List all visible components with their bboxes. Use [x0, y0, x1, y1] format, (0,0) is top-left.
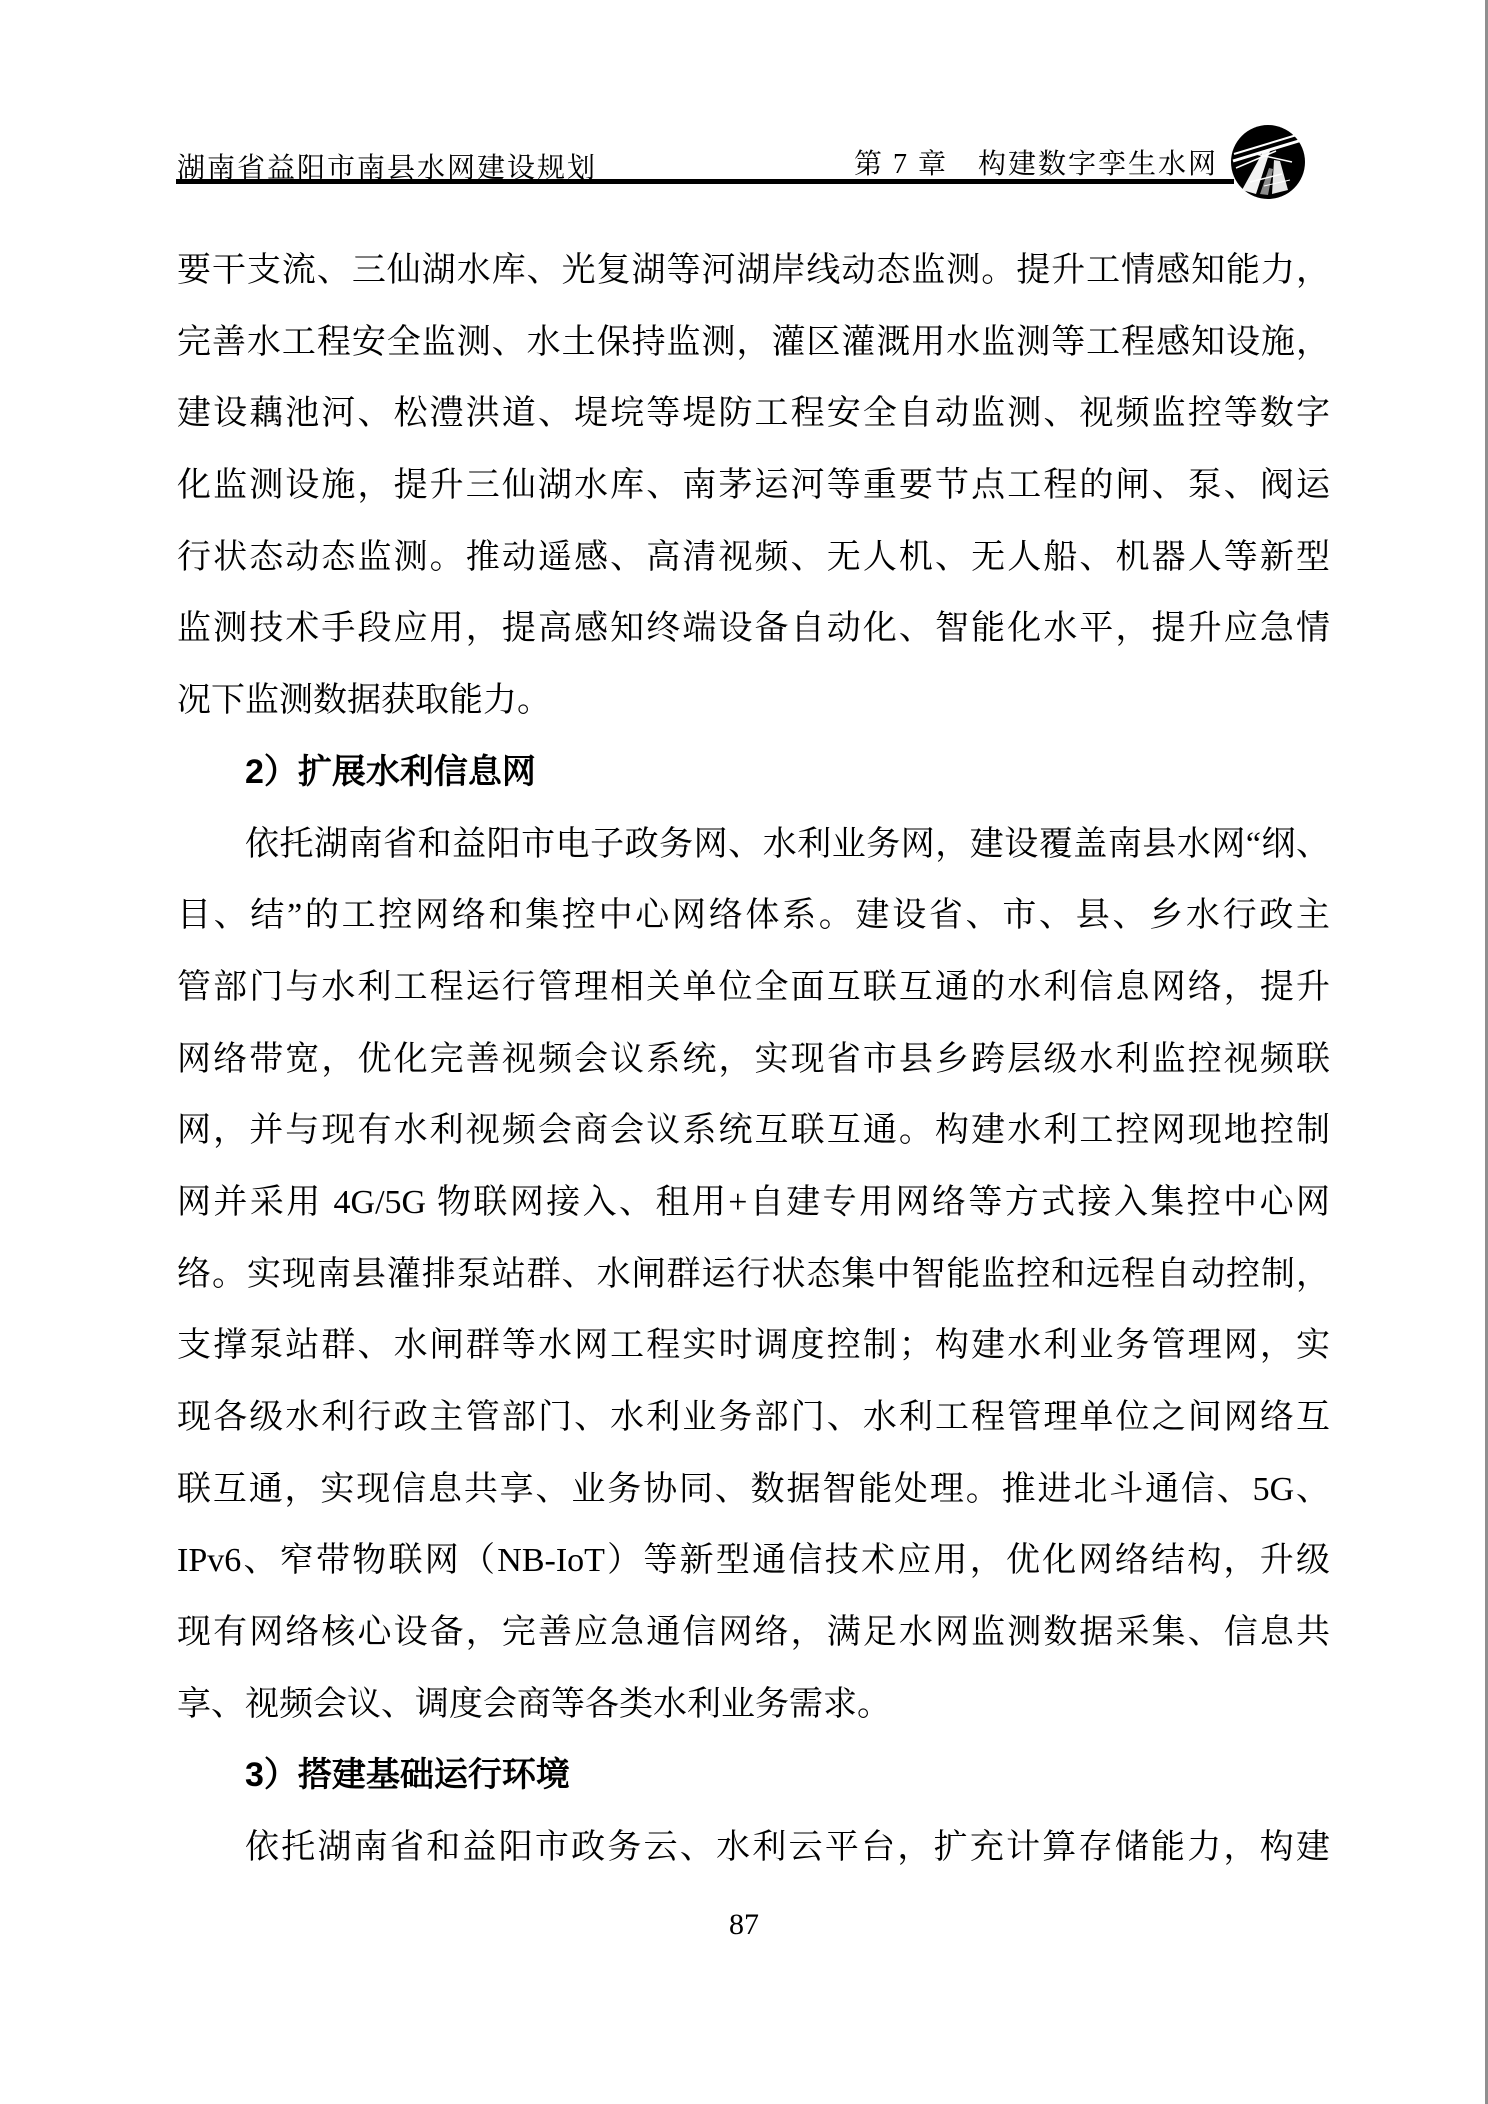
running-header-chapter: 第 7 章 构建数字孪生水网: [854, 142, 1218, 182]
header-rule: [176, 179, 1234, 184]
body-line: 管部门与水利工程运行管理相关单位全面互联互通的水利信息网络，提升: [177, 952, 1330, 1024]
body-line: 网，并与现有水利视频会商会议系统互联互通。构建水利工控网现地控制: [177, 1095, 1330, 1167]
body-line: 建设藕池河、松澧洪道、堤垸等堤防工程安全自动监测、视频监控等数字: [177, 378, 1330, 450]
body-line: 现有网络核心设备，完善应急通信网络，满足水网监测数据采集、信息共: [177, 1597, 1330, 1669]
section-heading-2: 2）扩展水利信息网: [177, 737, 1330, 809]
page-body: 要干支流、三仙湖水库、光复湖等河湖岸线动态监测。提升工情感知能力， 完善水工程安…: [177, 235, 1330, 1884]
body-line: 现各级水利行政主管部门、水利业务部门、水利工程管理单位之间网络互: [177, 1382, 1330, 1454]
document-page: 湖南省益阳市南县水网建设规划 第 7 章 构建数字孪生水网 要干支流、三仙湖水库…: [0, 0, 1488, 2104]
body-line: 完善水工程安全监测、水土保持监测，灌区灌溉用水监测等工程感知设施，: [177, 307, 1330, 379]
page-number: 87: [0, 1908, 1488, 1942]
body-line: 支撑泵站群、水闸群等水网工程实时调度控制；构建水利业务管理网，实: [177, 1310, 1330, 1382]
road-photo-logo-icon: [1230, 124, 1306, 200]
body-line: 化监测设施，提升三仙湖水库、南茅运河等重要节点工程的闸、泵、阀运: [177, 450, 1330, 522]
body-line: 依托湖南省和益阳市政务云、水利云平台，扩充计算存储能力，构建: [177, 1812, 1330, 1884]
body-line: 网络带宽，优化完善视频会议系统，实现省市县乡跨层级水利监控视频联: [177, 1024, 1330, 1096]
body-line: 要干支流、三仙湖水库、光复湖等河湖岸线动态监测。提升工情感知能力，: [177, 235, 1330, 307]
section-heading-3: 3）搭建基础运行环境: [177, 1740, 1330, 1812]
body-line: IPv6、窄带物联网（NB-IoT）等新型通信技术应用，优化网络结构，升级: [177, 1525, 1330, 1597]
body-line: 行状态动态监测。推动遥感、高清视频、无人机、无人船、机器人等新型: [177, 522, 1330, 594]
body-line: 络。实现南县灌排泵站群、水闸群运行状态集中智能监控和远程自动控制，: [177, 1239, 1330, 1311]
body-line: 监测技术手段应用，提高感知终端设备自动化、智能化水平，提升应急情: [177, 593, 1330, 665]
body-line: 网并采用 4G/5G 物联网接入、租用+自建专用网络等方式接入集控中心网: [177, 1167, 1330, 1239]
body-line: 况下监测数据获取能力。: [177, 665, 1330, 737]
body-line: 依托湖南省和益阳市电子政务网、水利业务网，建设覆盖南县水网“纲、: [177, 809, 1330, 881]
body-line: 享、视频会议、调度会商等各类水利业务需求。: [177, 1669, 1330, 1741]
body-line: 目、结”的工控网络和集控中心网络体系。建设省、市、县、乡水行政主: [177, 880, 1330, 952]
body-line: 联互通，实现信息共享、业务协同、数据智能处理。推进北斗通信、5G、: [177, 1454, 1330, 1526]
